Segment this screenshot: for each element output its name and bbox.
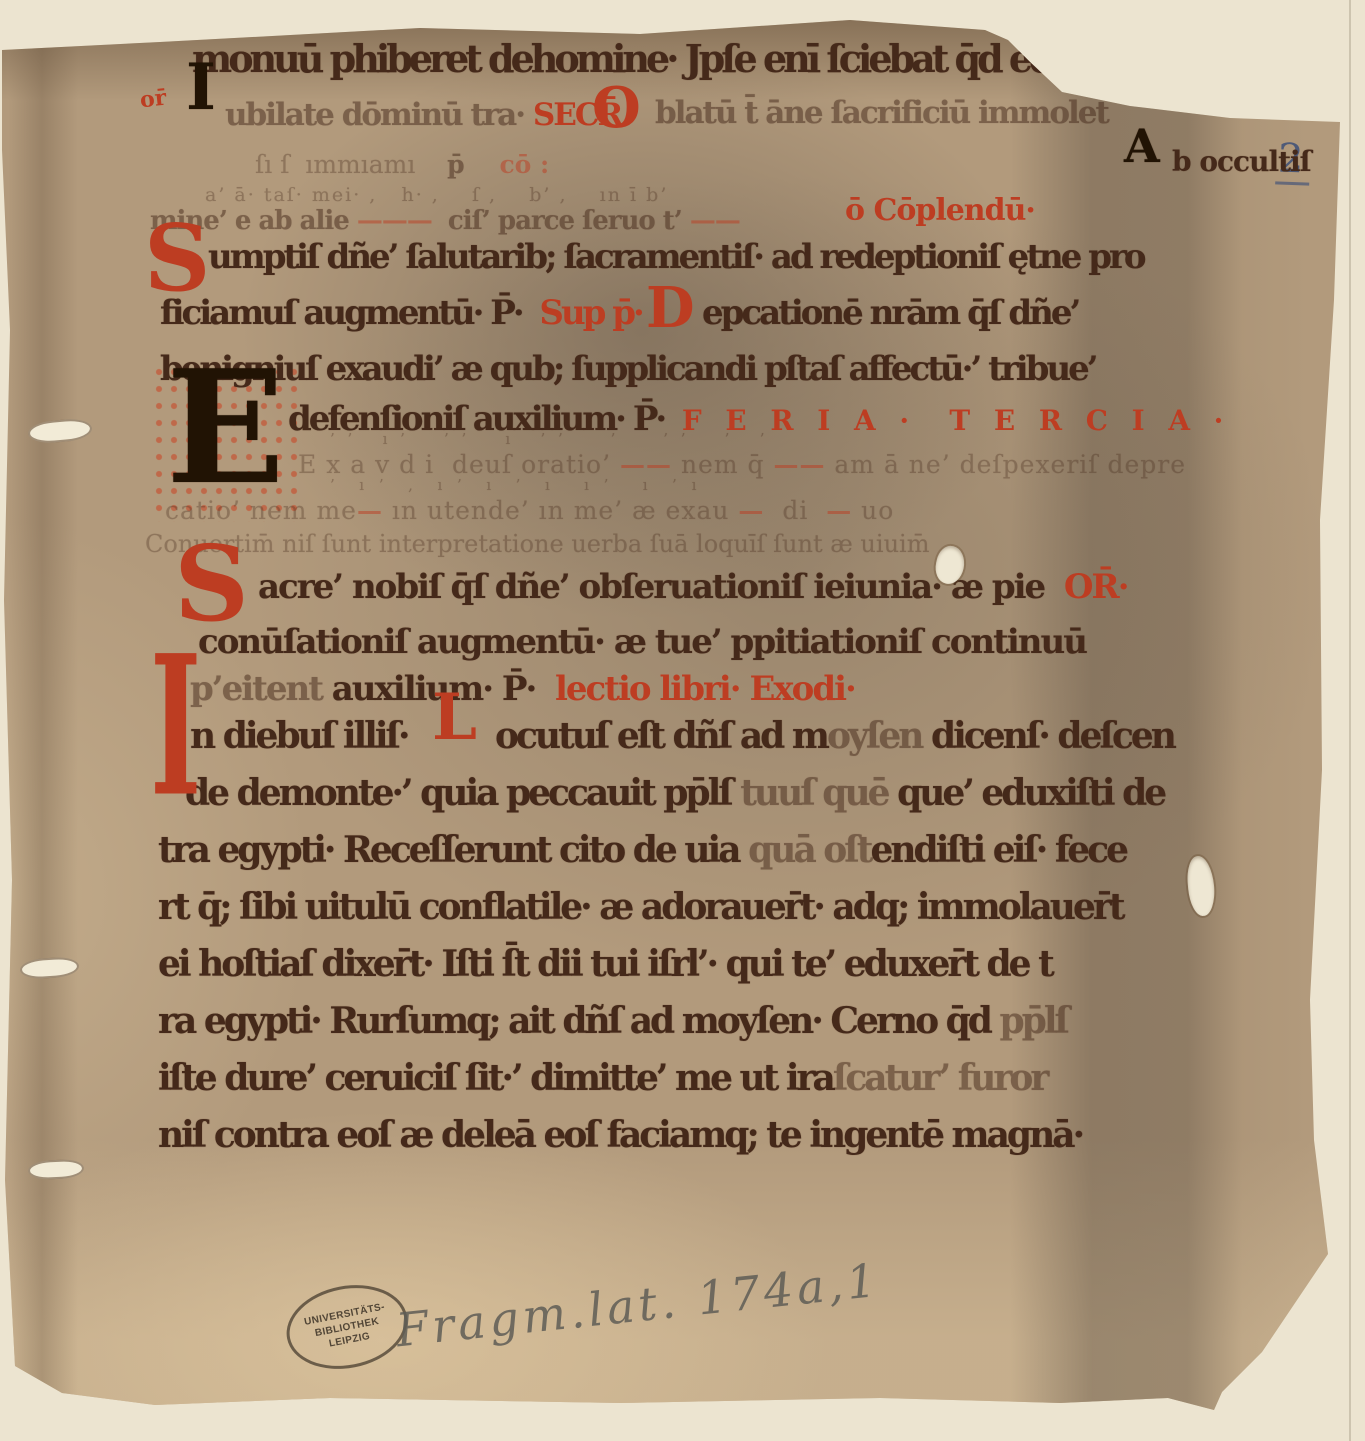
text-segment: ſı ſ ımmıamı: [255, 150, 447, 179]
text-segment: nem q̄: [672, 450, 773, 479]
line-10: E x a v d i deuſ oratio’ —— nem q̄ —— am…: [298, 452, 1186, 477]
text-segment: iſte dure’ ceruiciſ ſit·’ dimitte’ me ut…: [158, 1057, 833, 1099]
text-segment: tra egypti· Receſſerunt cito de uia: [158, 829, 748, 871]
initial-o-oblatum: O: [592, 86, 641, 131]
initial-d-deprecationem: D: [646, 286, 695, 331]
text-segment: pp̄lſ: [1000, 1000, 1068, 1042]
line-7a: ficiamuſ augmentū· P̄· Sup p̄·: [160, 296, 642, 330]
initial-l-locutus: L: [432, 692, 477, 743]
text-segment: uo: [852, 496, 894, 525]
line-23: niſ contra eoſ æ deleā eoſ faciamq; te i…: [158, 1117, 1082, 1153]
text-segment: epcationē nrām q̄ſ dñe’: [702, 293, 1078, 333]
text-segment: ſcatur’ furor: [833, 1057, 1047, 1099]
text-segment: ubilate dōminū tra·: [225, 97, 533, 133]
line-11-neumes: ’ ı ’ , ı ’ ı ’ ı ı ’ ı ’ ı: [330, 478, 701, 493]
text-segment: p̄: [447, 150, 499, 179]
text-segment: cō :: [499, 150, 549, 179]
text-segment: ciſ’ parce ſeruo t’: [432, 206, 690, 236]
sewing-slit-2: [19, 956, 79, 980]
text-segment: acre’ nobiſ q̄ſ dñe’ obſeruationiſ ieiun…: [258, 567, 1044, 607]
line-16a: n diebuſ illiſ·: [190, 718, 408, 754]
text-segment: ——: [773, 450, 825, 479]
text-segment: ō Cōplendū·: [845, 193, 1035, 228]
text-segment: rt q̄; ſibi uitulū conflatile· æ adoraue…: [158, 886, 1122, 928]
text-segment: —: [357, 496, 383, 525]
line-19: rt q̄; ſibi uitulū conflatile· æ adoraue…: [158, 889, 1122, 925]
parchment-leaf: or̄ 2 UNIVERSITÄTS- BIBLIOTHEK LEIPZIG F…: [0, 0, 1365, 1441]
text-segment: —: [826, 496, 852, 525]
text-segment: lectio libri· Exodi·: [555, 669, 855, 709]
text-segment: ın utende’ ın me’ æ exau: [383, 496, 738, 525]
text-segment: ei hoſtiaſ dixer̄t· Iſti ſ̄t dii tui iſr…: [158, 943, 1052, 985]
line-15: p’eitent auxilium· P̄· lectio libri· Exo…: [190, 672, 855, 706]
line-2b: blatū t̄ āne ſacrificiū immolet: [655, 98, 1108, 129]
text-segment: —: [738, 496, 764, 525]
line-18: tra egypti· Receſſerunt cito de uia quā …: [158, 832, 1126, 868]
text-segment: ra egypti· Rurſumq; ait dñſ ad moyſen· C…: [158, 1000, 1000, 1042]
initial-i-iubilate: I: [186, 62, 216, 113]
text-segment: niſ contra eoſ æ deleā eoſ faciamq; te i…: [158, 1114, 1082, 1156]
text-segment: OR̄·: [1044, 567, 1127, 607]
text-segment: quā oſt: [748, 829, 870, 871]
text-segment: di: [764, 496, 826, 525]
parchment-hole-2: [1185, 855, 1216, 917]
line-1: monuū phiberet dehomine· Jpſe enī ſcieba…: [192, 40, 1236, 78]
text-segment: ——: [620, 450, 672, 479]
text-segment: monuū phiberet dehomine· Jpſe enī ſcieba…: [192, 36, 1236, 81]
line-5a: mine’ e ab alie ——— ciſ’ parce ſeruo t’ …: [150, 208, 740, 234]
line-13: acre’ nobiſ q̄ſ dñe’ obſeruationiſ ieiun…: [258, 570, 1128, 604]
line-20: ei hoſtiaſ dixer̄t· Iſti ſ̄t dii tui iſr…: [158, 946, 1052, 982]
line-6: umptiſ dñe’ ſalutarib; ſacramentiſ· ad r…: [208, 240, 1144, 274]
text-segment: tuuſ quē: [740, 772, 897, 814]
text-segment: ———: [357, 206, 432, 236]
initial-s-sumptis: S: [144, 222, 210, 296]
text-segment: ’ ı ’ , ı ’ ı ’ ı ı ’ ı ’ ı: [330, 476, 701, 494]
line-10-neumes: ’ ’ ı ’ ’ ’ ı ’ ’ ’ ’ ’ ’ ’: [330, 432, 768, 447]
line-21: ra egypti· Rurſumq; ait dñſ ad moyſen· C…: [158, 1003, 1067, 1039]
text-segment: ’ ’ ı ’ ’ ’ ı ’ ’ ’ ’ ’ ’ ’: [330, 430, 768, 448]
text-segment: benigniuſ exaudi’ æ qub; ſupplicandi pſt…: [160, 349, 1096, 389]
text-segment: que’ eduxiſti de: [897, 772, 1164, 814]
line-14: conūſationiſ augmentū· æ tue’ ppitiation…: [198, 625, 1086, 659]
initial-e-exaudi: E: [166, 366, 285, 491]
line-7b: epcationē nrām q̄ſ dñe’: [702, 296, 1078, 330]
text-segment: b occultiſ: [1172, 145, 1311, 178]
line-16b: ocutuſ eſt dñſ ad moyſen dicenſ· deſcen: [495, 718, 1174, 754]
text-segment: ——: [690, 206, 740, 236]
text-segment: am ā ne’ deſpexeriſ depre: [825, 450, 1186, 479]
line-22: iſte dure’ ceruiciſ ſit·’ dimitte’ me ut…: [158, 1060, 1046, 1096]
library-stamp: UNIVERSITÄTS- BIBLIOTHEK LEIPZIG: [279, 1275, 414, 1379]
text-segment: Sup p̄·: [531, 293, 642, 333]
text-segment: ocutuſ eſt dñſ ad m: [495, 715, 827, 757]
text-segment: endiſti eiſ· fece: [870, 829, 1126, 871]
text-segment: E x a v d i deuſ oratio’: [298, 450, 620, 479]
manuscript-photograph: or̄ 2 UNIVERSITÄTS- BIBLIOTHEK LEIPZIG F…: [0, 0, 1365, 1441]
text-segment: umptiſ dñe’ ſalutarib; ſacramentiſ· ad r…: [208, 237, 1144, 277]
line-3b: b occultiſ: [1172, 148, 1311, 176]
line-5b: ō Cōplendū·: [845, 196, 1035, 226]
text-segment: oyſen: [827, 715, 922, 757]
text-segment: blatū t̄ āne ſacrificiū immolet: [655, 95, 1108, 131]
text-segment: p’eitent: [190, 669, 332, 709]
margin-rubric-note: or̄: [139, 85, 168, 114]
backing-paper-edge: [1349, 0, 1351, 1441]
line-17: de demonte·’ quia peccauit pp̄lſ tuuſ qu…: [185, 775, 1164, 811]
initial-i-indiebus: I: [150, 650, 201, 804]
sewing-slit-3: [28, 1159, 85, 1181]
line-8: benigniuſ exaudi’ æ qub; ſupplicandi pſt…: [160, 352, 1096, 386]
line-3a: ſı ſ ımmıamı p̄ cō :: [255, 152, 549, 177]
line-12: Conuertim̄ niſ ſunt interpretatione uerb…: [145, 532, 929, 556]
text-segment: conūſationiſ augmentū· æ tue’ ppitiation…: [198, 622, 1086, 662]
shelfmark-pencil-inscription: Fragm.lat. 174a,1: [394, 1253, 883, 1358]
text-segment: dicenſ· deſcen: [921, 715, 1174, 757]
text-segment: a’ ā· taſ· mei· , h· , ſ , b’ , ın ī b’: [205, 184, 668, 206]
text-segment: Conuertim̄ niſ ſunt interpretatione uerb…: [145, 530, 929, 558]
line-4: a’ ā· taſ· mei· , h· , ſ , b’ , ın ī b’: [205, 186, 668, 205]
sewing-slit-1: [27, 417, 93, 444]
line-2a: ubilate dōminū tra· SECR̄: [225, 100, 621, 131]
text-segment: n diebuſ illiſ·: [190, 715, 408, 757]
initial-a-aboccultis: A: [1124, 128, 1160, 165]
text-segment: de demonte·’ quia peccauit pp̄lſ: [185, 772, 740, 814]
text-segment: ficiamuſ augmentū· P̄·: [160, 293, 531, 333]
